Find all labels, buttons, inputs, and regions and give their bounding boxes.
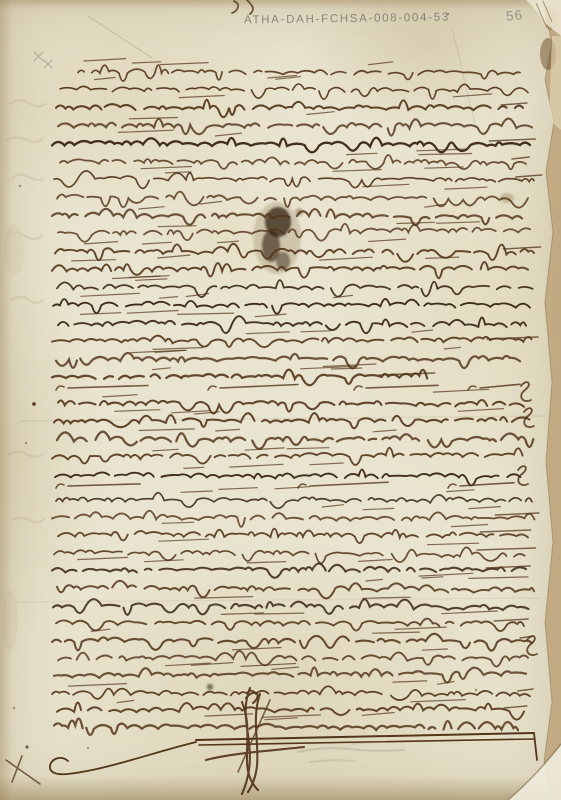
- handwritten-text-lines: [32, 59, 542, 735]
- pencil-x-marks: [34, 52, 52, 68]
- manuscript-scan-art: [0, 0, 561, 800]
- bottom-left-ink-mark: [6, 745, 40, 784]
- manuscript-page: ATHA-DAH-FCHSA-008-004-53 56: [0, 0, 561, 800]
- ink-offset-marks-top: [232, 0, 253, 14]
- notary-rubric: [206, 688, 304, 794]
- folio-number: 56: [505, 7, 524, 24]
- ink-showthrough: [2, 100, 46, 650]
- pencil-faint-note: [298, 742, 404, 762]
- closing-rule: [50, 733, 537, 774]
